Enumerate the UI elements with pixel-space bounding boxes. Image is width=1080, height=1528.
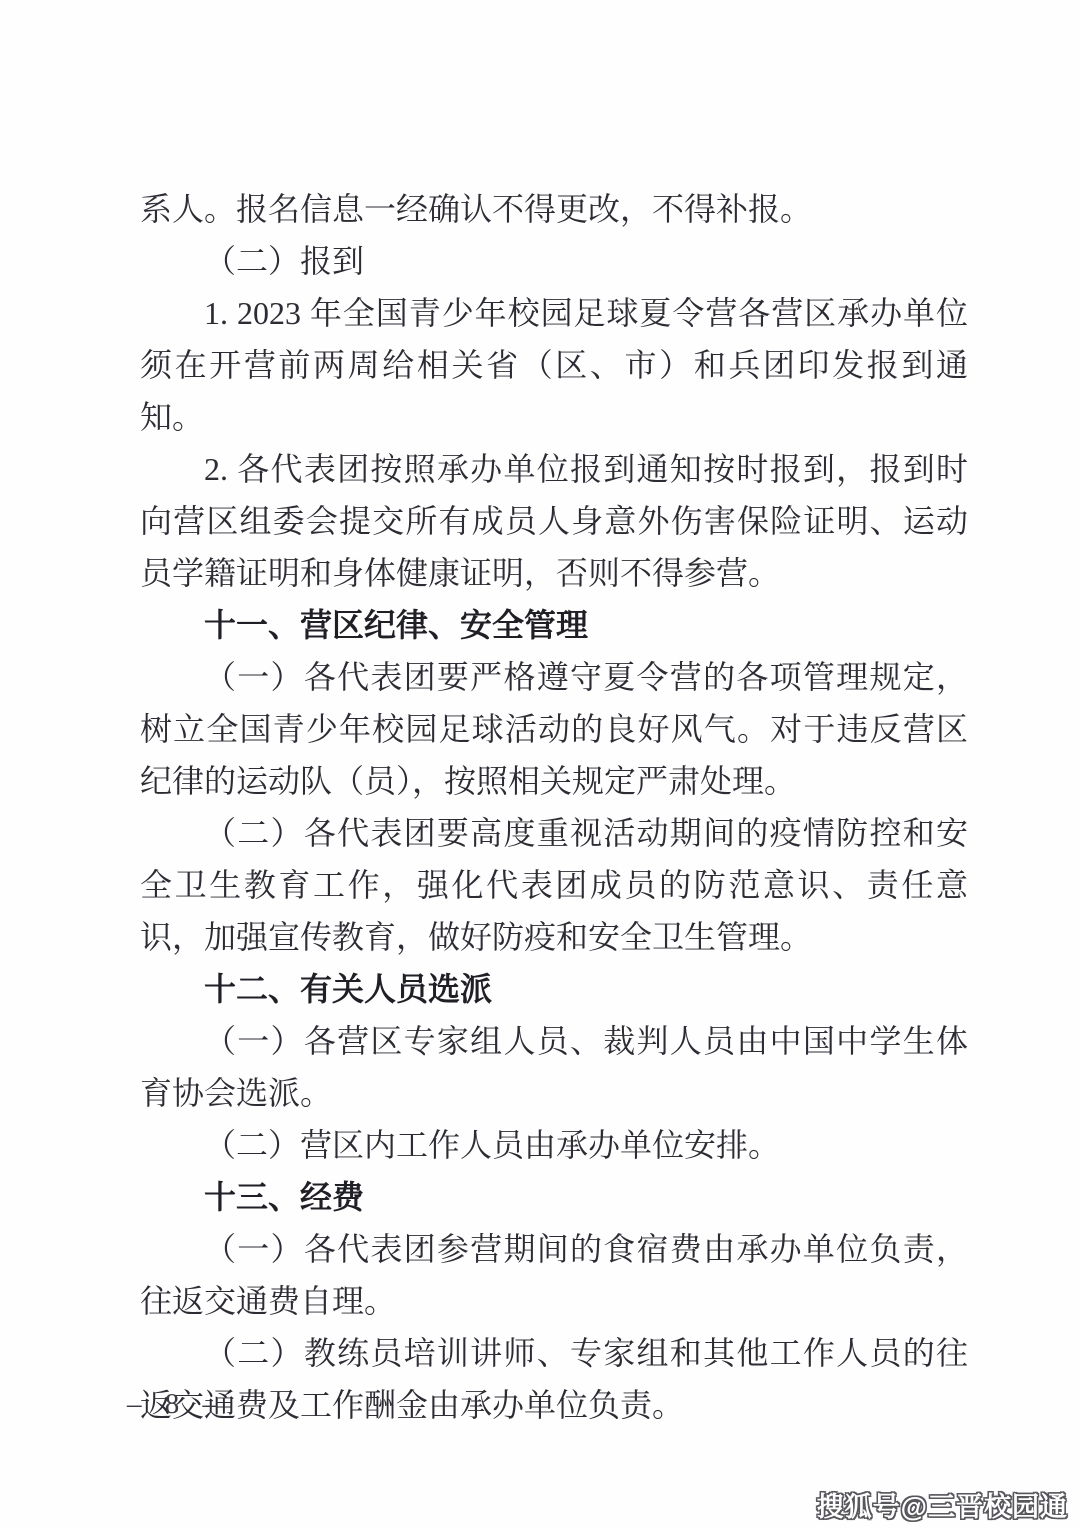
paragraph: 1. 2023 年全国青少年校园足球夏令营各营区承办单位须在开营前两周给相关省（… (140, 287, 968, 443)
paragraph: 2. 各代表团按照承办单位报到通知按时报到，报到时向营区组委会提交所有成员人身意… (140, 443, 968, 599)
page-number: – 8 – (127, 1388, 225, 1421)
paragraph: 系人。报名信息一经确认不得更改，不得补报。 (140, 183, 968, 235)
watermark: 搜狐号@三晋校园通 (817, 1485, 1068, 1524)
document-body: 系人。报名信息一经确认不得更改，不得补报。（二）报到1. 2023 年全国青少年… (140, 183, 968, 1431)
section-heading: 十三、经费 (140, 1171, 968, 1223)
paragraph: （二）各代表团要高度重视活动期间的疫情防控和安全卫生教育工作，强化代表团成员的防… (140, 807, 968, 963)
paragraph: （二）报到 (140, 235, 968, 287)
document-page: 系人。报名信息一经确认不得更改，不得补报。（二）报到1. 2023 年全国青少年… (0, 0, 1080, 1528)
paragraph: （二）营区内工作人员由承办单位安排。 (140, 1119, 968, 1171)
paragraph: （一）各营区专家组人员、裁判人员由中国中学生体育协会选派。 (140, 1015, 968, 1119)
paragraph: （二）教练员培训讲师、专家组和其他工作人员的往返交通费及工作酬金由承办单位负责。 (140, 1327, 968, 1431)
paragraph: （一）各代表团要严格遵守夏令营的各项管理规定，树立全国青少年校园足球活动的良好风… (140, 651, 968, 807)
section-heading: 十一、营区纪律、安全管理 (140, 599, 968, 651)
section-heading: 十二、有关人员选派 (140, 963, 968, 1015)
paragraph: （一）各代表团参营期间的食宿费由承办单位负责，往返交通费自理。 (140, 1223, 968, 1327)
